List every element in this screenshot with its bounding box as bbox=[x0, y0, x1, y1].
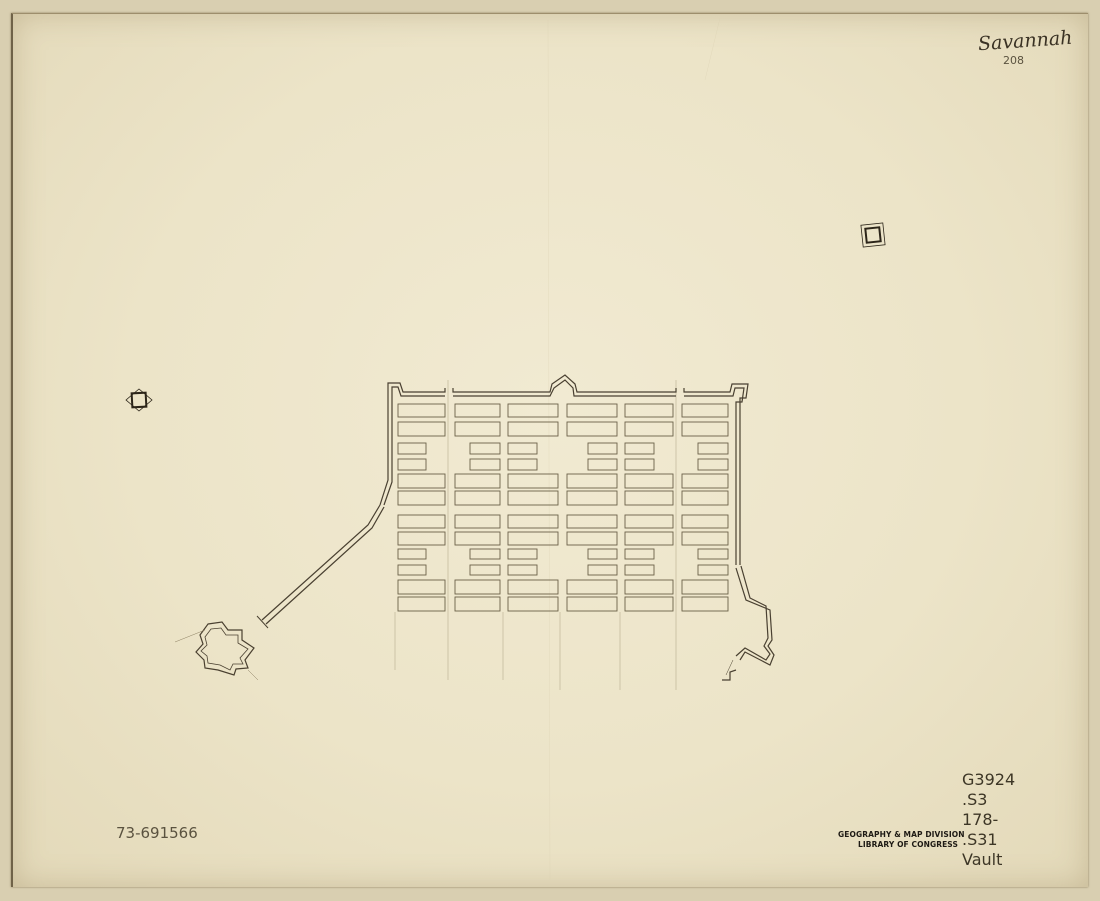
town-block bbox=[698, 549, 728, 559]
call-number-line: G3924 bbox=[962, 770, 1015, 790]
town-block bbox=[455, 580, 500, 594]
town-block bbox=[567, 404, 617, 417]
town-block bbox=[588, 443, 617, 454]
call-number: G3924 .S3 178- .S31 Vault bbox=[962, 770, 1015, 870]
town-block bbox=[588, 549, 617, 559]
town-block bbox=[508, 565, 537, 575]
town-block bbox=[398, 549, 426, 559]
town-block bbox=[455, 491, 500, 505]
town-block bbox=[455, 474, 500, 488]
town-block bbox=[398, 580, 445, 594]
stamp-line-2: LIBRARY OF CONGRESS bbox=[838, 840, 965, 850]
town-block bbox=[625, 474, 673, 488]
town-block bbox=[455, 404, 500, 417]
town-block bbox=[470, 443, 500, 454]
town-block bbox=[567, 491, 617, 505]
town-block bbox=[398, 443, 426, 454]
sheet-number: 208 bbox=[1003, 54, 1024, 67]
redoubt-northeast bbox=[861, 223, 885, 247]
town-block bbox=[567, 422, 617, 436]
town-block bbox=[508, 459, 537, 470]
town-block bbox=[625, 549, 654, 559]
town-block bbox=[625, 580, 673, 594]
town-block bbox=[625, 565, 654, 575]
town-block bbox=[588, 459, 617, 470]
town-block bbox=[625, 515, 673, 528]
town-block bbox=[625, 443, 654, 454]
town-block bbox=[567, 515, 617, 528]
stamp-line-1: GEOGRAPHY & MAP DIVISION bbox=[838, 830, 965, 840]
town-block bbox=[398, 404, 445, 417]
town-block bbox=[398, 597, 445, 611]
town-block bbox=[682, 532, 728, 545]
town-block bbox=[682, 474, 728, 488]
town-block bbox=[698, 565, 728, 575]
town-block bbox=[455, 532, 500, 545]
town-rampart bbox=[257, 375, 774, 680]
town-block bbox=[508, 515, 558, 528]
town-block bbox=[508, 580, 558, 594]
map-sheet: Savannah 208 73-691566 G3924 .S3 178- .S… bbox=[0, 0, 1100, 901]
street-guidelines bbox=[395, 380, 676, 690]
town-block bbox=[625, 532, 673, 545]
town-block bbox=[625, 459, 654, 470]
town-block bbox=[625, 491, 673, 505]
town-block bbox=[567, 474, 617, 488]
town-block bbox=[470, 565, 500, 575]
town-block bbox=[398, 459, 426, 470]
town-block bbox=[508, 491, 558, 505]
town-block bbox=[398, 565, 426, 575]
town-block bbox=[398, 474, 445, 488]
town-block bbox=[455, 597, 500, 611]
town-block bbox=[567, 532, 617, 545]
town-block bbox=[625, 422, 673, 436]
star-fort-southwest bbox=[175, 622, 258, 680]
town-block bbox=[470, 549, 500, 559]
town-block bbox=[698, 459, 728, 470]
town-block bbox=[682, 491, 728, 505]
accession-number: 73-691566 bbox=[116, 824, 198, 842]
town-block bbox=[698, 443, 728, 454]
town-block bbox=[508, 404, 558, 417]
library-stamp: GEOGRAPHY & MAP DIVISION LIBRARY OF CONG… bbox=[838, 830, 965, 850]
town-block bbox=[682, 597, 728, 611]
town-block bbox=[508, 474, 558, 488]
town-block bbox=[398, 422, 445, 436]
town-block bbox=[682, 580, 728, 594]
town-block bbox=[508, 422, 558, 436]
town-block bbox=[625, 404, 673, 417]
town-block bbox=[398, 515, 445, 528]
town-block bbox=[588, 565, 617, 575]
town-blocks bbox=[398, 404, 728, 611]
map-drawing bbox=[0, 0, 1100, 901]
town-block bbox=[398, 491, 445, 505]
town-block bbox=[567, 597, 617, 611]
paper-grain bbox=[548, 18, 720, 880]
town-block bbox=[508, 597, 558, 611]
redoubt-west bbox=[126, 389, 152, 411]
town-block bbox=[625, 597, 673, 611]
town-block bbox=[508, 549, 537, 559]
town-block bbox=[682, 515, 728, 528]
call-number-line: Vault bbox=[962, 850, 1015, 870]
call-number-line: 178- bbox=[962, 810, 1015, 830]
town-block bbox=[682, 422, 728, 436]
call-number-line: .S31 bbox=[962, 830, 1015, 850]
town-block bbox=[455, 515, 500, 528]
town-block bbox=[508, 443, 537, 454]
town-block bbox=[567, 580, 617, 594]
town-block bbox=[682, 404, 728, 417]
town-block bbox=[455, 422, 500, 436]
call-number-line: .S3 bbox=[962, 790, 1015, 810]
town-block bbox=[508, 532, 558, 545]
town-block bbox=[470, 459, 500, 470]
town-block bbox=[398, 532, 445, 545]
